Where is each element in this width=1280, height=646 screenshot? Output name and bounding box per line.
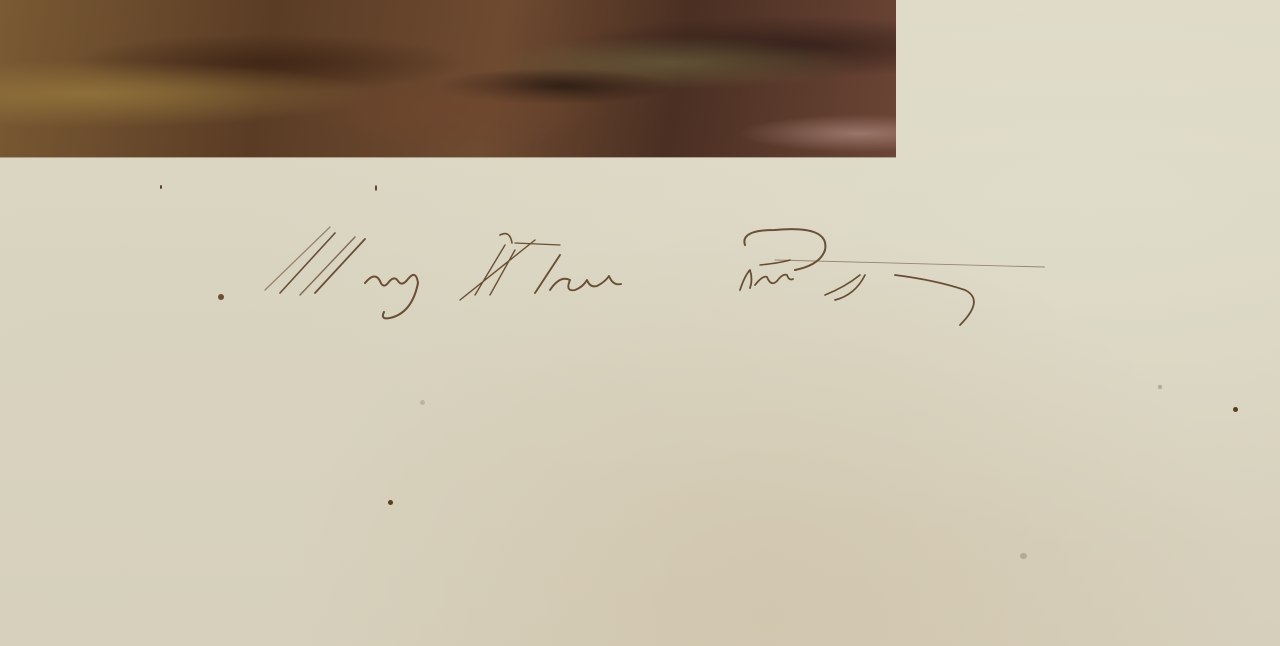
ink-speck — [1020, 553, 1027, 559]
ink-speck — [420, 400, 425, 405]
handwritten-signature: Mary Whistler Pinx — [215, 205, 1045, 335]
ink-speck — [388, 500, 393, 505]
ink-speck — [160, 185, 162, 189]
ink-speck — [1158, 385, 1162, 389]
ink-speck — [1233, 407, 1238, 412]
signature-ink-strokes — [215, 205, 1045, 335]
ink-speck — [375, 185, 377, 191]
painting-bottom-edge — [0, 0, 896, 157]
